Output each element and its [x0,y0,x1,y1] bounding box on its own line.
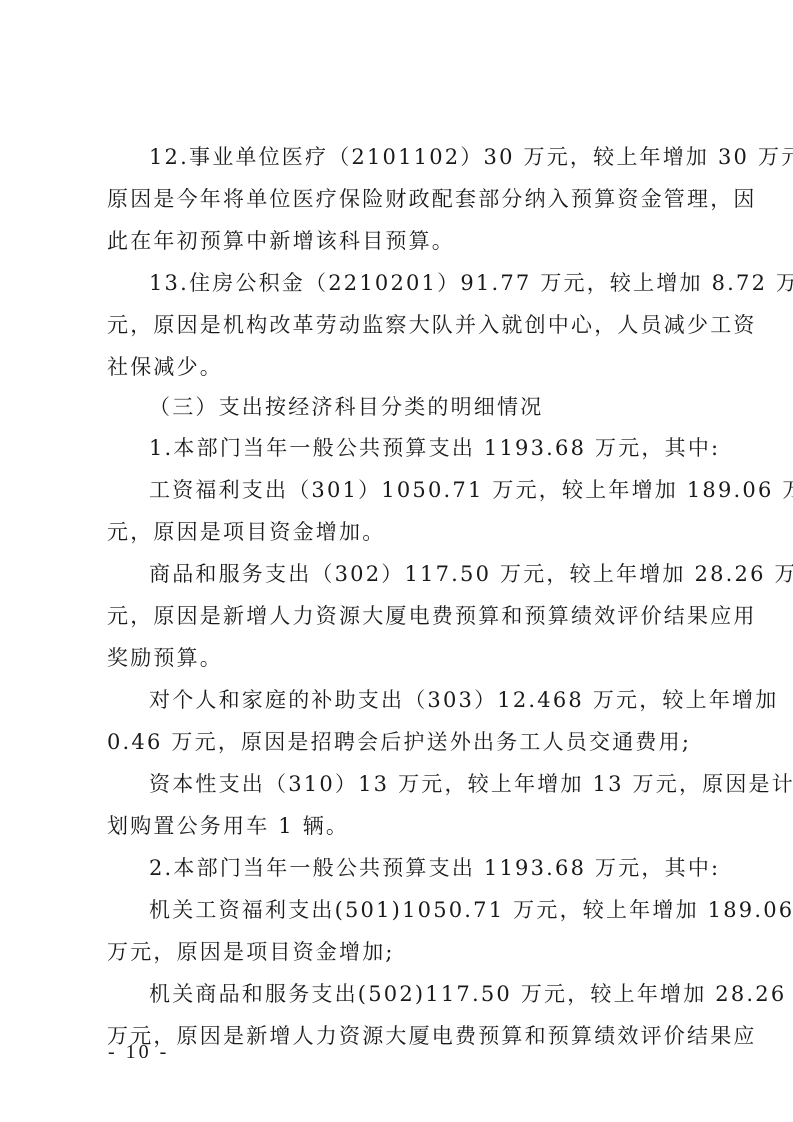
text-line: 此在年初预算中新增该科目预算。 [107,227,687,255]
text-line: 13.住房公积金（2210201）91.77 万元，较上增加 8.72 万 [149,269,687,297]
text-line: 资本性支出（310）13 万元，较上年增加 13 万元，原因是计 [149,770,687,798]
text-line: 万元，原因是项目资金增加; [107,938,687,966]
text-line: 元，原因是新增人力资源大厦电费预算和预算绩效评价结果应用 [107,602,687,630]
text-line: 1.本部门当年一般公共预算支出 1193.68 万元，其中: [149,434,687,462]
text-line: 元，原因是项目资金增加。 [107,518,687,546]
text-line: 2.本部门当年一般公共预算支出 1193.68 万元，其中: [149,854,687,882]
page-number: - 10 - [108,1041,169,1064]
text-line: 机关商品和服务支出(502)117.50 万元，较上年增加 28.26 [149,980,687,1008]
text-line: 机关工资福利支出(501)1050.71 万元，较上年增加 189.06 [149,896,687,924]
text-line: 原因是今年将单位医疗保险财政配套部分纳入预算资金管理，因 [107,185,687,213]
text-line: 奖励预算。 [107,644,687,672]
text-line: 商品和服务支出（302）117.50 万元，较上年增加 28.26 万 [149,560,687,588]
document-page: 12.事业单位医疗（2101102）30 万元，较上年增加 30 万元，原因是今… [0,0,793,1122]
text-line: 12.事业单位医疗（2101102）30 万元，较上年增加 30 万元， [149,143,687,171]
text-line: 元，原因是机构改革劳动监察大队并入就创中心，人员减少工资 [107,311,687,339]
text-line: 对个人和家庭的补助支出（303）12.468 万元，较上年增加 [149,686,687,714]
text-line: 划购置公务用车 1 辆。 [107,812,687,840]
text-line: 0.46 万元，原因是招聘会后护送外出务工人员交通费用; [107,728,687,756]
text-line: 万元，原因是新增人力资源大厦电费预算和预算绩效评价结果应 [107,1022,687,1050]
text-line: （三）支出按经济科目分类的明细情况 [149,393,687,421]
text-line: 工资福利支出（301）1050.71 万元，较上年增加 189.06 万 [149,476,687,504]
text-line: 社保减少。 [107,353,687,381]
